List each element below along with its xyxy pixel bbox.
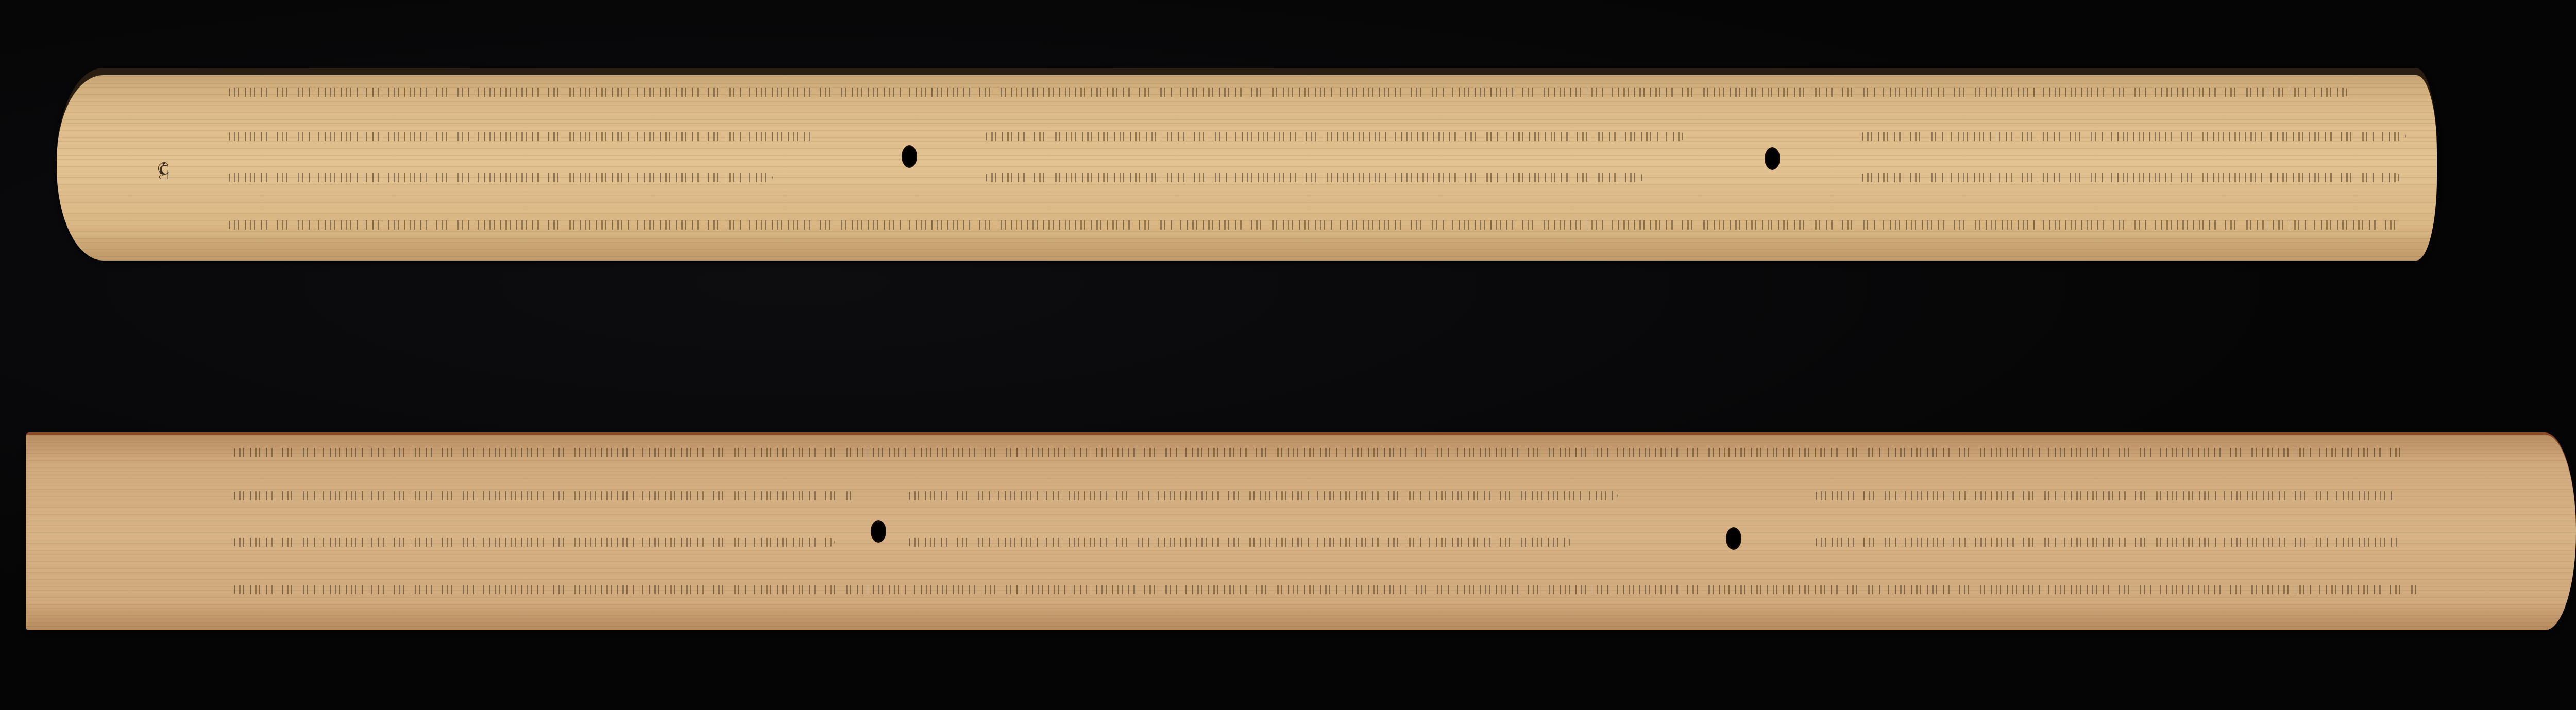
- script-line: Sinhala script line 2 (right of hole): [1860, 127, 2406, 144]
- script-line: Sinhala script line 3 (between holes): [984, 168, 1643, 185]
- script-line: Sinhala script line 3 (right of hole): [1860, 168, 2401, 185]
- script-line: Sinhala script line 2 (right of hole): [1814, 486, 2396, 504]
- script-line: Sinhala script line 4: [232, 580, 2421, 597]
- string-hole: [902, 145, 917, 168]
- script-line: Sinhala script line 1: [227, 82, 2349, 100]
- script-line: Sinhala script line 3 (left of hole): [232, 532, 835, 550]
- script-line: Sinhala script line 2 (left of hole): [227, 127, 819, 144]
- palm-leaf-bottom: Sinhala script line 1 Sinhala script lin…: [26, 432, 2576, 630]
- script-line: Sinhala script line 3 (between holes): [907, 532, 1571, 550]
- script-line: Sinhala script line 1: [232, 443, 2411, 460]
- script-line: Sinhala script line 2 (between holes): [907, 486, 1618, 504]
- script-line: Sinhala script line 3 (left of hole): [227, 168, 773, 185]
- palm-leaf-top: ඳු Sinhala script line 1 Sinhala script …: [57, 68, 2437, 261]
- string-hole: [871, 520, 886, 543]
- script-line: Sinhala script line 2 (between holes): [984, 127, 1685, 144]
- string-hole: [1765, 147, 1780, 170]
- leaf-page-number: ඳු: [157, 152, 169, 181]
- script-line: Sinhala script line 2 (left of hole): [232, 486, 855, 504]
- script-line: Sinhala script line 3 (right of hole): [1814, 532, 2401, 550]
- string-hole: [1726, 527, 1741, 550]
- script-line: Sinhala script line 4: [227, 215, 2406, 233]
